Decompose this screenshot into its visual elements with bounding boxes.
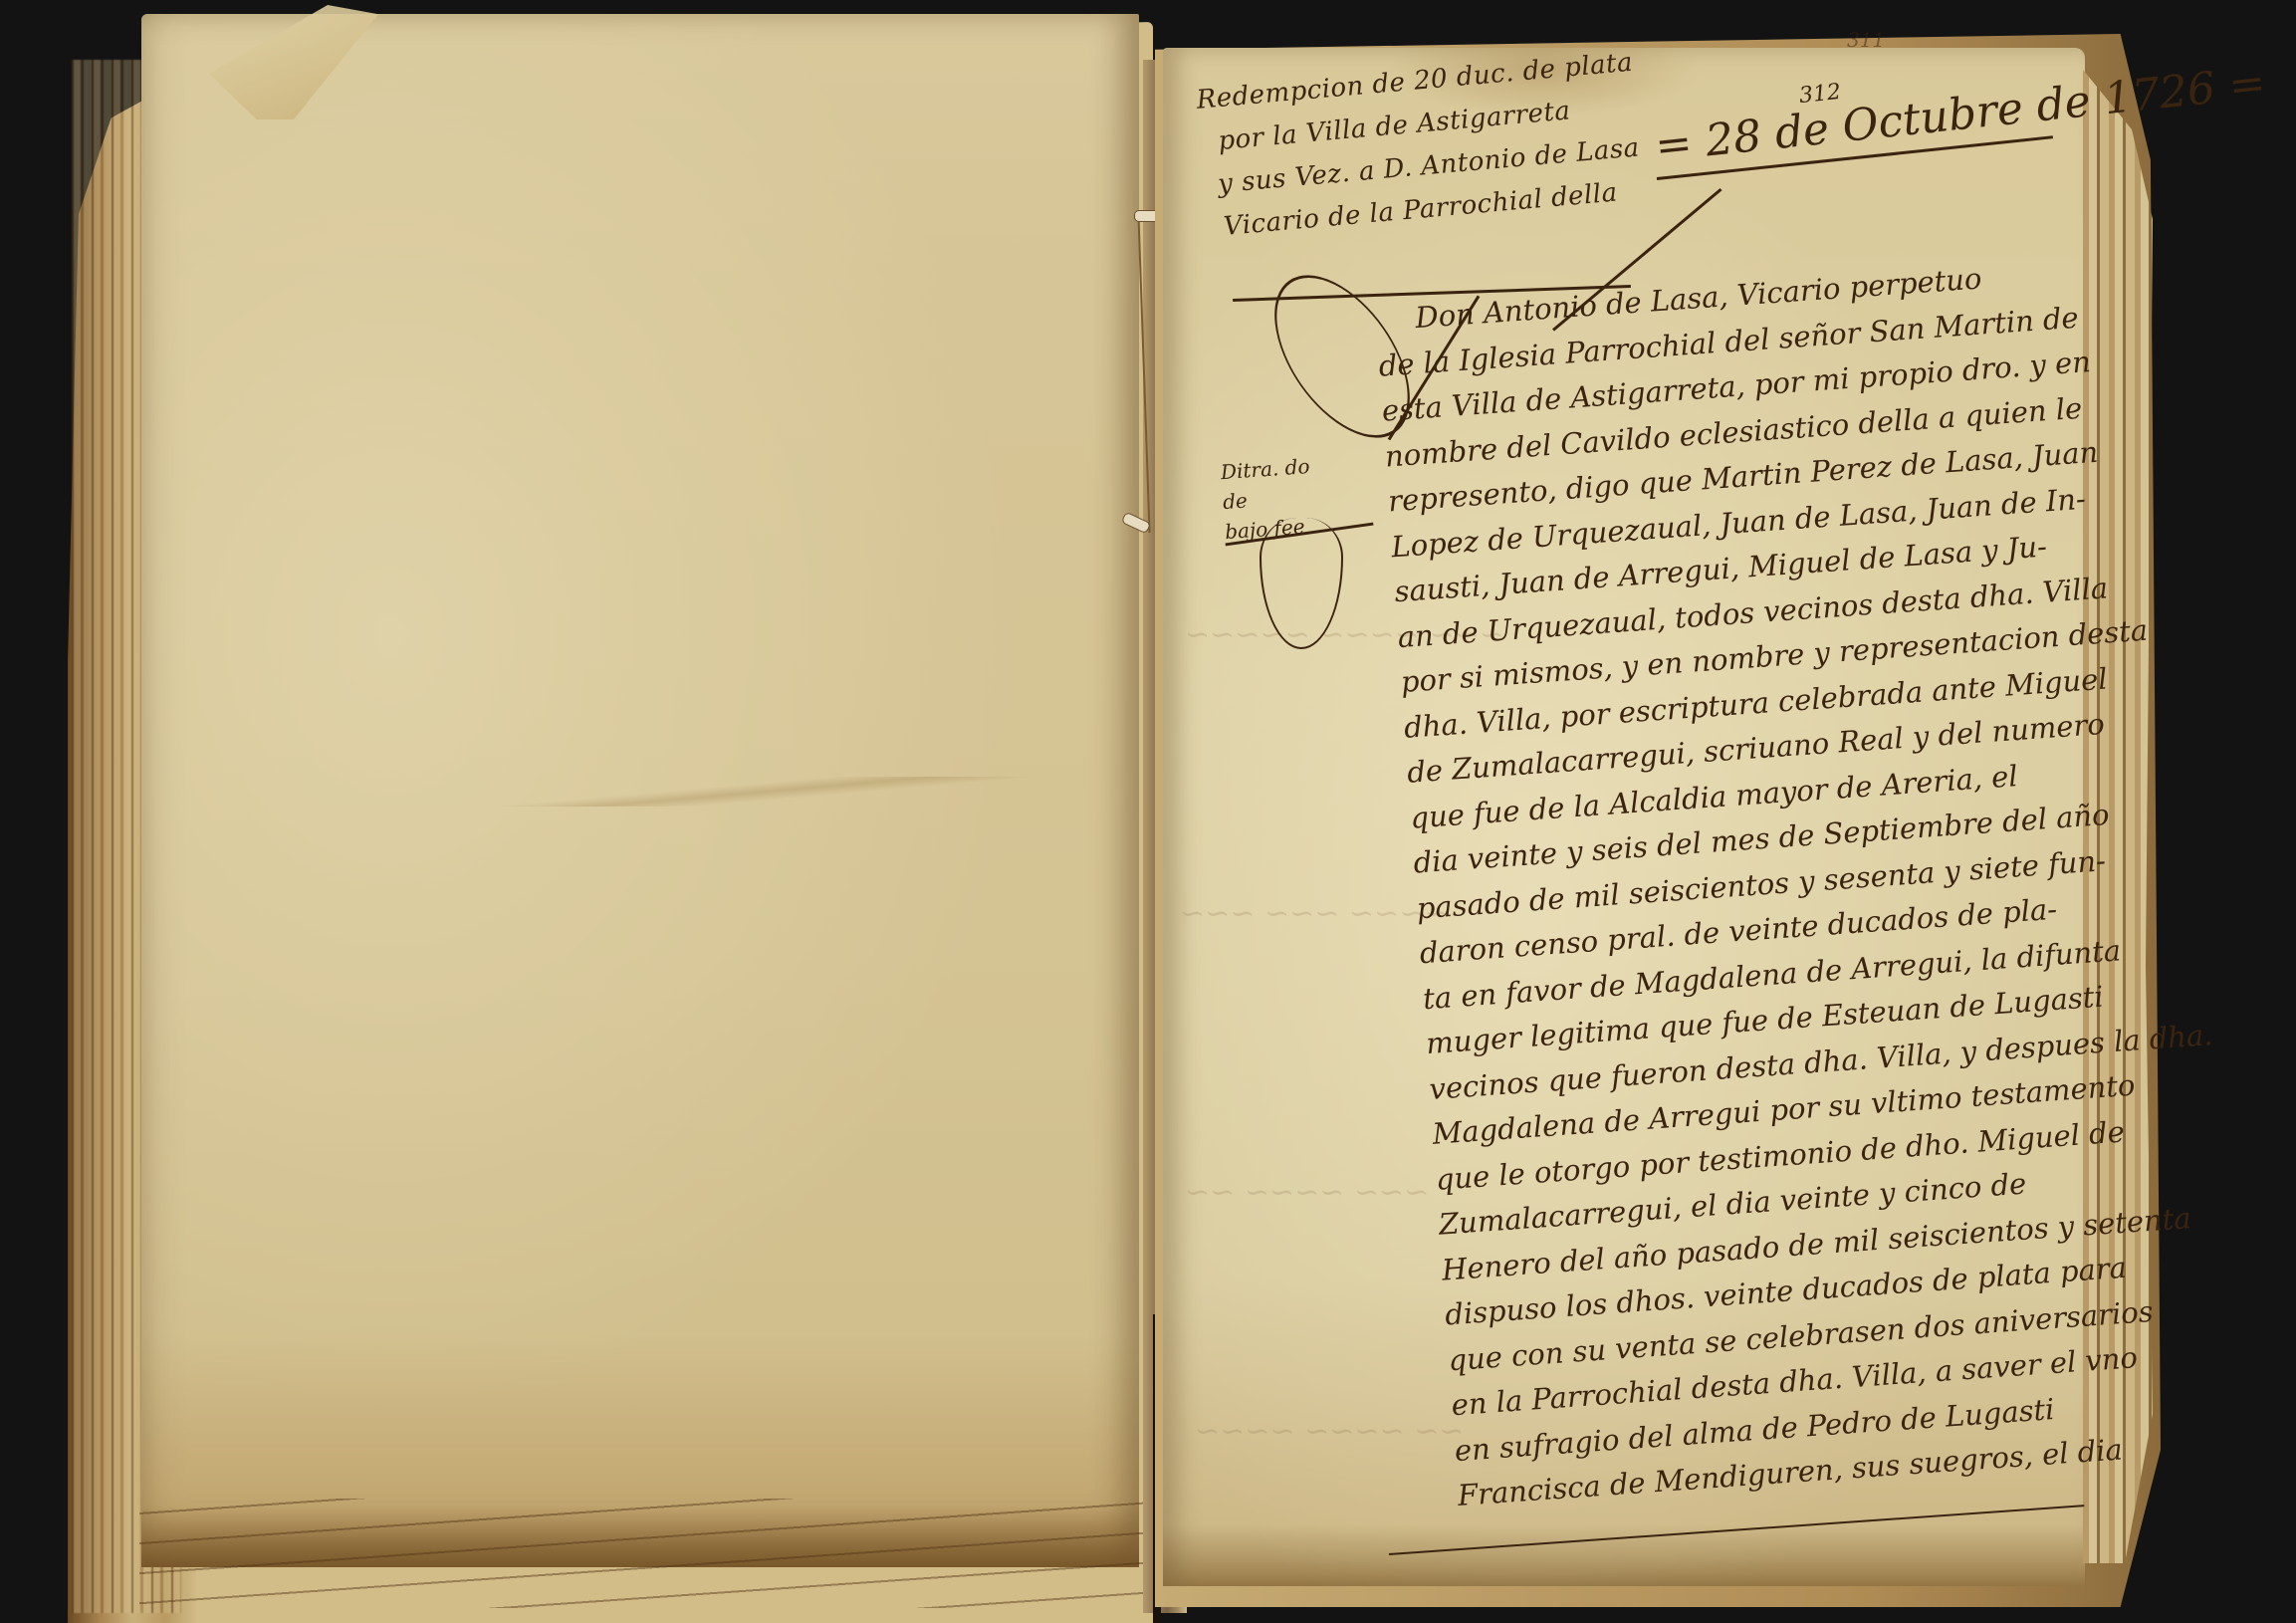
left-page-bottom-damage — [139, 1499, 1145, 1608]
document-heading: Redempcion de 20 duc. de plata por la Vi… — [1195, 45, 1606, 250]
bleed-through-text: ~~ ~~~~ ~~~~ — [1195, 1414, 1464, 1449]
document-body: Don Antonio de Lasa, Vicario perpetuo de… — [1374, 249, 2175, 1519]
manuscript-photo: ~~~ ~~~~ ~~~~~ ~~~~ ~~~ ~~~ ~~~ ~~~~ ~~ … — [0, 0, 2296, 1623]
folio-number-faint: 311 — [1847, 28, 1885, 52]
bleed-through-text: ~~~~ ~~~ ~~~ — [1180, 896, 1449, 931]
margin-note-line: Ditra. do de — [1220, 449, 1343, 517]
water-stain — [418, 777, 1115, 807]
bleed-through-text: ~~~ ~~~~ ~~ — [1185, 1175, 1429, 1210]
